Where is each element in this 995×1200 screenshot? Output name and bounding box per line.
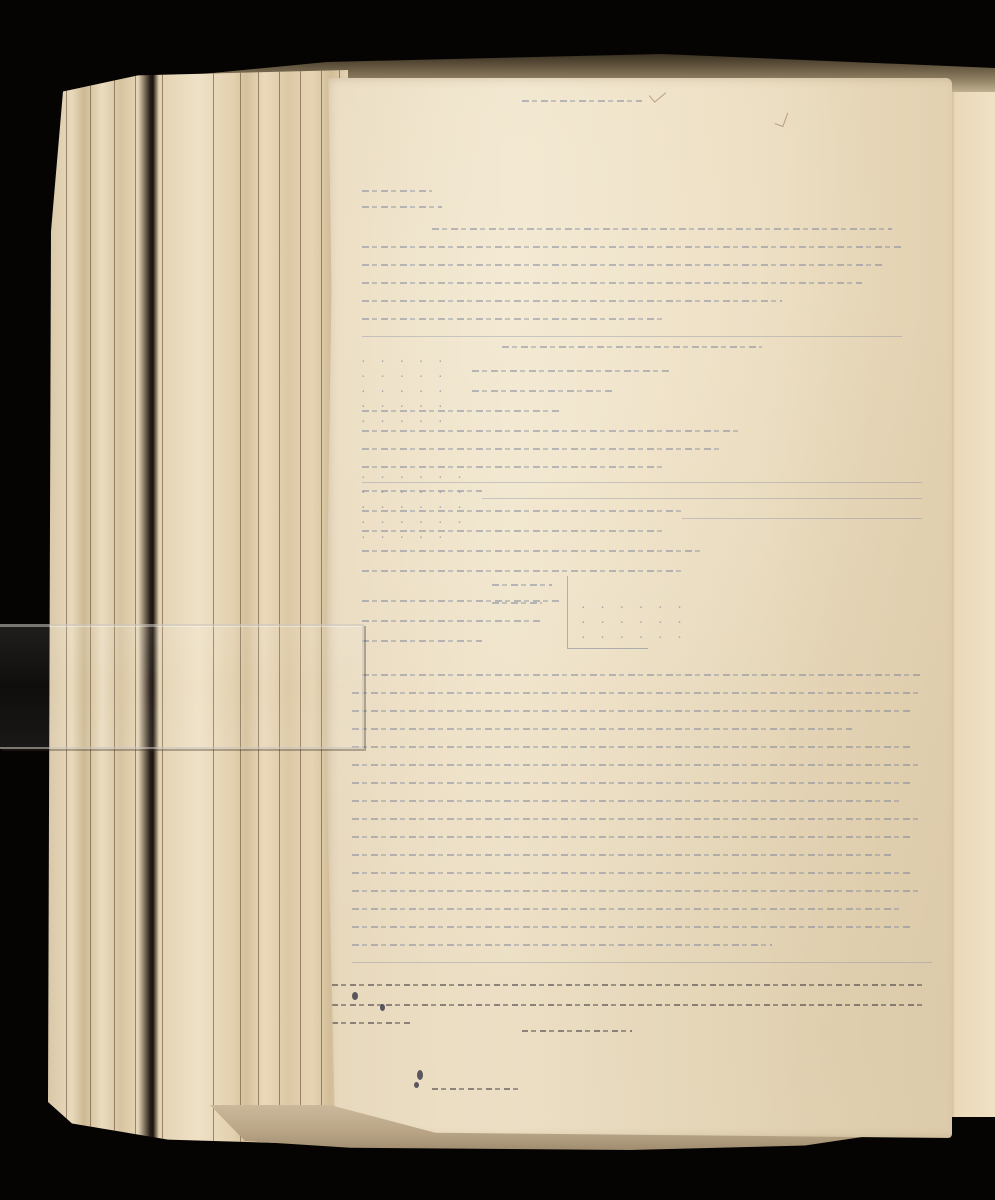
ink-blot bbox=[417, 1070, 423, 1080]
facing-page-edge bbox=[948, 92, 995, 1117]
manuscript-page: Handwriting too faint to transcribe at t… bbox=[322, 78, 952, 1138]
pencil-check-mark-icon bbox=[775, 110, 789, 127]
acrylic-page-clamp bbox=[0, 624, 364, 749]
pencil-check-mark-icon bbox=[649, 86, 666, 103]
page-edge-lines bbox=[48, 70, 348, 1145]
numeric-column-2: · · · · · · · · · · · · · · · · · · · · … bbox=[360, 470, 466, 545]
ink-blot bbox=[380, 1004, 385, 1011]
ink-blot bbox=[352, 992, 358, 1000]
page-stack-left bbox=[48, 70, 348, 1145]
ink-blot bbox=[414, 1082, 419, 1088]
numeric-column-1: · · · · · · · · · · · · · · · · · · · · … bbox=[360, 354, 447, 429]
boxed-totals-figures: · · · · · · · · · · · · · · · · · · bbox=[580, 600, 686, 645]
